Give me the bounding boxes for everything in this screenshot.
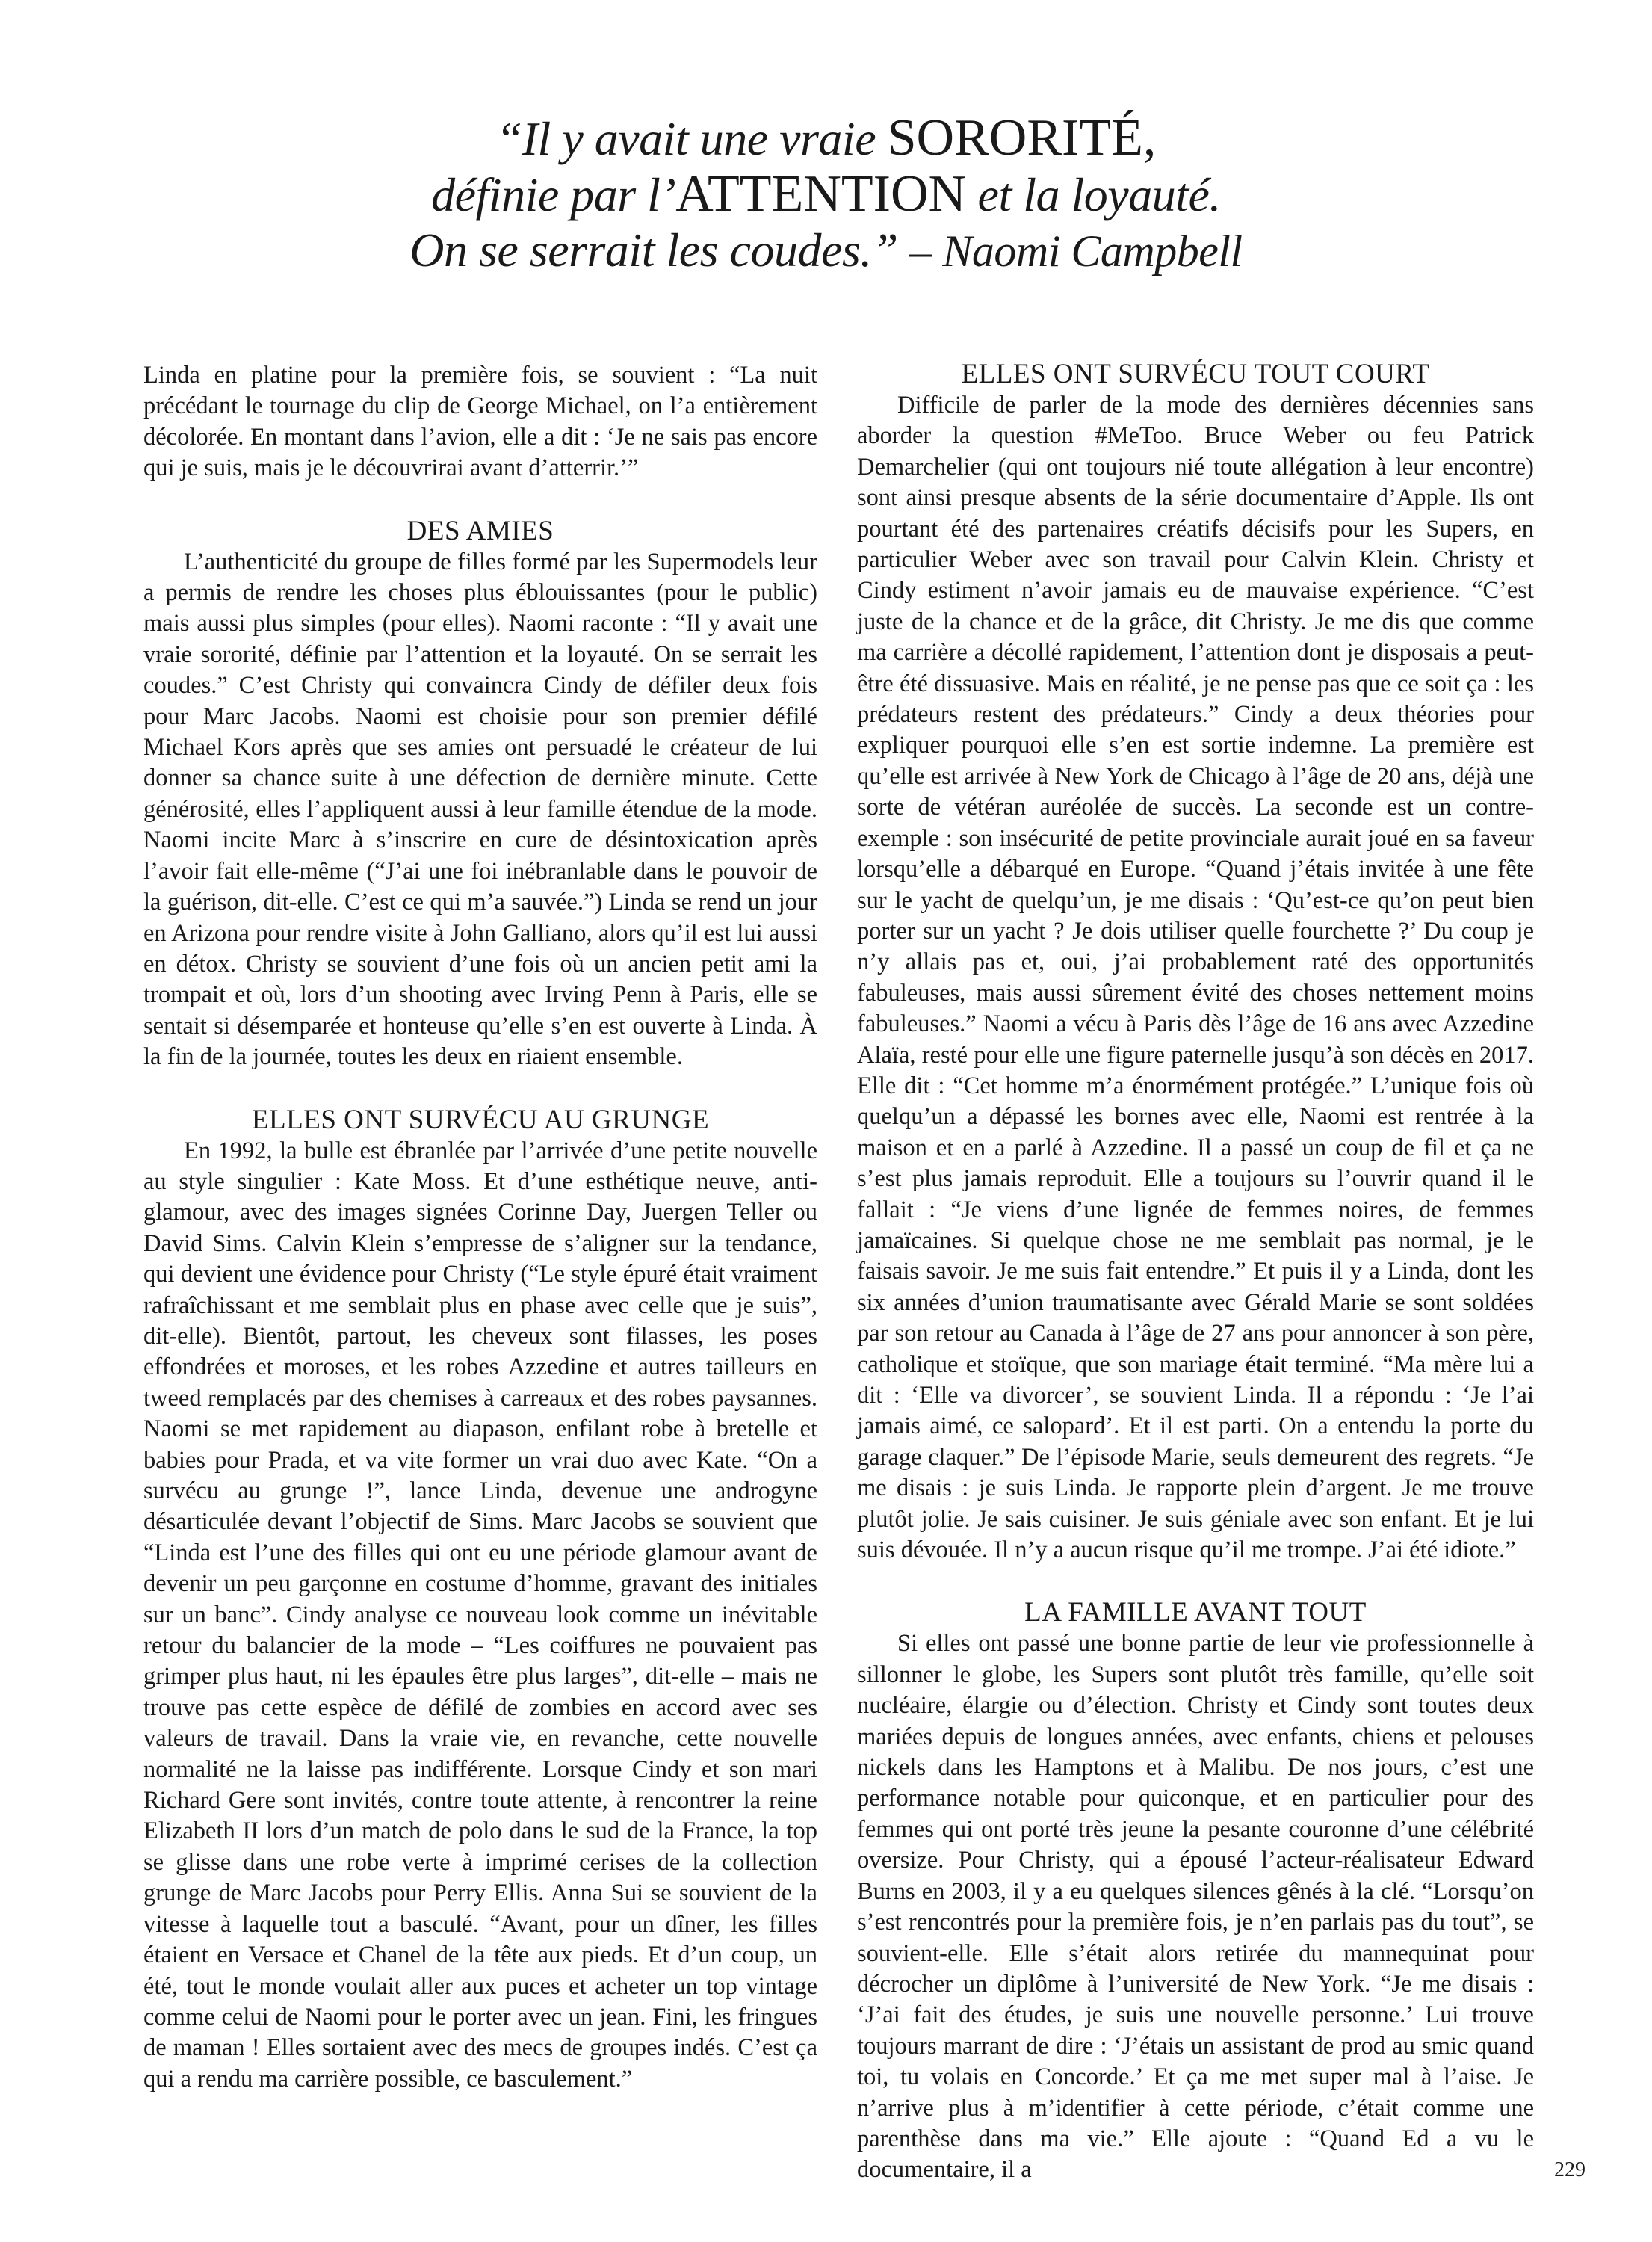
- pull-quote: “Il y avait une vraie SORORITÉ, définie …: [0, 111, 1652, 279]
- pull-quote-line-3: On se serrait les coudes.” – Naomi Campb…: [0, 223, 1652, 279]
- section-heading-grunge: ELLES ONT SURVÉCU AU GRUNGE: [143, 1105, 817, 1136]
- pull-quote-text: “Il y avait une vraie: [496, 112, 888, 165]
- pull-quote-emphasis: ATTENTION: [675, 165, 966, 223]
- pull-quote-attribution: – Naomi Campbell: [909, 226, 1242, 276]
- pull-quote-text: On se serrait les coudes.”: [409, 223, 909, 277]
- section-body: En 1992, la bulle est ébranlée par l’arr…: [143, 1136, 817, 2096]
- pull-quote-text: définie par l’: [431, 168, 675, 221]
- pull-quote-line-2: définie par l’ATTENTION et la loyauté.: [0, 167, 1652, 223]
- section-heading-famille: LA FAMILLE AVANT TOUT: [857, 1597, 1534, 1628]
- section-body: Difficile de parler de la mode des derni…: [857, 390, 1534, 1566]
- section-body: Si elles ont passé une bonne partie de l…: [857, 1628, 1534, 2185]
- section-heading-des-amies: DES AMIES: [143, 516, 817, 547]
- pull-quote-line-1: “Il y avait une vraie SORORITÉ,: [0, 111, 1652, 167]
- intro-paragraph: Linda en platine pour la première fois, …: [143, 360, 817, 484]
- page-number: 229: [1554, 2158, 1586, 2182]
- left-column: Linda en platine pour la première fois, …: [143, 360, 817, 2095]
- section-body: L’authenticité du groupe de filles formé…: [143, 547, 817, 1073]
- pull-quote-emphasis: SORORITÉ,: [888, 109, 1157, 167]
- right-column: ELLES ONT SURVÉCU TOUT COURT Difficile d…: [857, 359, 1534, 2186]
- section-heading-tout-court: ELLES ONT SURVÉCU TOUT COURT: [857, 359, 1534, 390]
- pull-quote-text: et la loyauté.: [966, 168, 1221, 221]
